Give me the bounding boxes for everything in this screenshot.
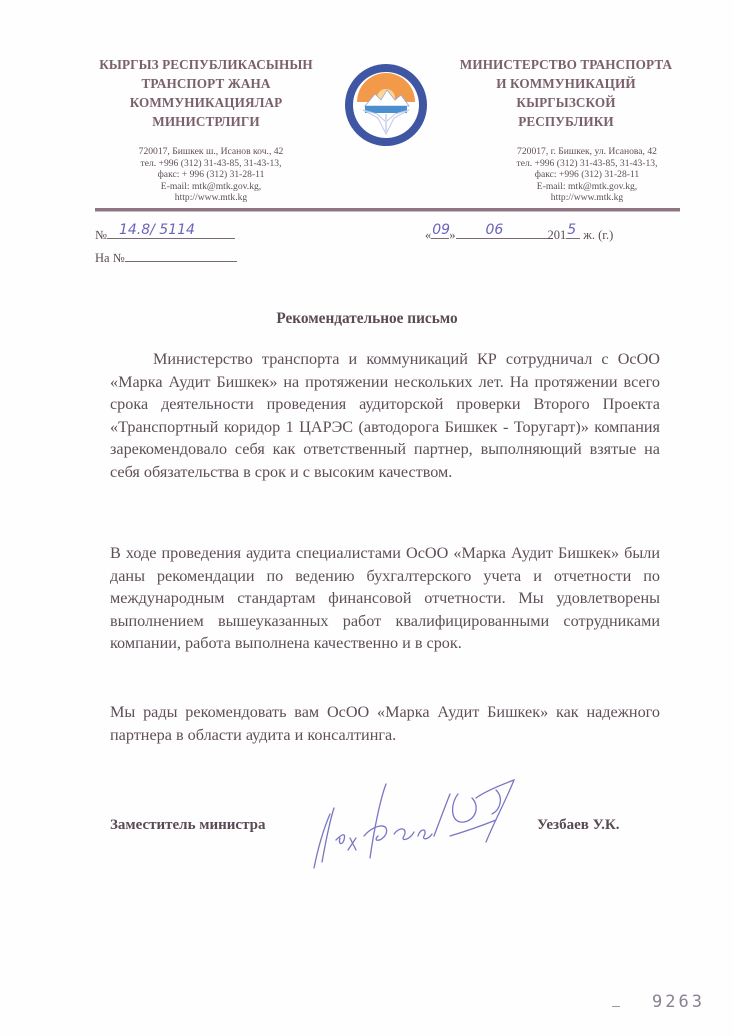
- state-emblem-icon: [343, 62, 429, 148]
- header-russian: МИНИСТЕРСТВО ТРАНСПОРТА И КОММУНИКАЦИЙ К…: [452, 55, 680, 204]
- month-handwritten: 06: [486, 222, 504, 238]
- stamp-mark: [612, 1006, 620, 1007]
- paragraph-recommendation: Мы рады рекомендовать вам ОсОО «Марка Ау…: [110, 701, 660, 746]
- header-kyrgyz: КЫРГЫЗ РЕСПУБЛИКАСЫНЫН ТРАНСПОРТ ЖАНА КО…: [82, 55, 330, 204]
- title-line: МИНИСТРЛИГИ: [82, 112, 330, 131]
- title-line: И КОММУНИКАЦИЙ: [452, 74, 680, 93]
- reply-field: [125, 249, 237, 262]
- address-line: тел. +996 (312) 31-43-85, 31-43-13,: [494, 158, 680, 170]
- title-line: РЕСПУБЛИКИ: [452, 112, 680, 131]
- title-line: КЫРГЫЗ РЕСПУБЛИКАСЫНЫН: [82, 55, 330, 74]
- number-handwritten: 14.8/ 5114: [119, 222, 195, 238]
- day-handwritten: 09: [432, 222, 450, 238]
- address-russian: 720017, г. Бишкек, ул. Исанова, 42 тел. …: [452, 146, 680, 204]
- signatory-name: Уезбаев У.К.: [537, 817, 620, 834]
- day-field: 09: [431, 226, 449, 239]
- outgoing-number: №14.8/ 5114: [95, 226, 235, 243]
- paragraph-audit: В ходе проведения аудита специалистами О…: [110, 542, 660, 655]
- website-line: http://www.mtk.kg: [494, 192, 680, 204]
- document-title: Рекомендательное письмо: [0, 310, 734, 328]
- address-line: факс: + 996 (312) 31-28-11: [92, 169, 330, 181]
- address-kyrgyz: 720017, Бишкек ш., Исанов коч., 42 тел. …: [82, 146, 330, 204]
- handwritten-signature-icon: [300, 770, 550, 880]
- title-line: ТРАНСПОРТ ЖАНА: [82, 74, 330, 93]
- reply-label: На №: [95, 251, 125, 265]
- title-line: КЫРГЫЗСКОЙ: [452, 93, 680, 112]
- signatory-role: Заместитель министра: [110, 817, 265, 834]
- paragraph-intro: Министерство транспорта и коммуникаций К…: [110, 348, 660, 484]
- number-label: №: [95, 228, 107, 242]
- header-divider-shadow: [95, 211, 680, 212]
- date-suffix: ж. (г.): [583, 228, 613, 242]
- year-handwritten: 5: [567, 222, 576, 238]
- website-line: http://www.mtk.kg: [92, 192, 330, 204]
- year-field: 5: [566, 226, 580, 239]
- letter-date: «09»062015ж. (г.): [425, 226, 613, 243]
- number-field: 14.8/ 5114: [107, 226, 235, 239]
- year-prefix: 201: [548, 228, 567, 242]
- reply-to-number: На №: [95, 249, 237, 266]
- month-field: 06: [456, 226, 548, 239]
- address-line: 720017, Бишкек ш., Исанов коч., 42: [92, 146, 330, 158]
- email-line: E-mail: mtk@mtk.gov.kg,: [494, 181, 680, 193]
- title-line: КОММУНИКАЦИЯЛАР: [82, 93, 330, 112]
- address-line: факс: +996 (312) 31-28-11: [494, 169, 680, 181]
- address-line: тел. +996 (312) 31-43-85, 31-43-13,: [92, 158, 330, 170]
- address-line: 720017, г. Бишкек, ул. Исанова, 42: [494, 146, 680, 158]
- email-line: E-mail: mtk@mtk.gov.kg,: [92, 181, 330, 193]
- header-title-russian: МИНИСТЕРСТВО ТРАНСПОРТА И КОММУНИКАЦИЙ К…: [452, 55, 680, 131]
- header-title-kyrgyz: КЫРГЫЗ РЕСПУБЛИКАСЫНЫН ТРАНСПОРТ ЖАНА КО…: [82, 55, 330, 131]
- title-line: МИНИСТЕРСТВО ТРАНСПОРТА: [452, 55, 680, 74]
- registration-number: 9263: [652, 992, 705, 1012]
